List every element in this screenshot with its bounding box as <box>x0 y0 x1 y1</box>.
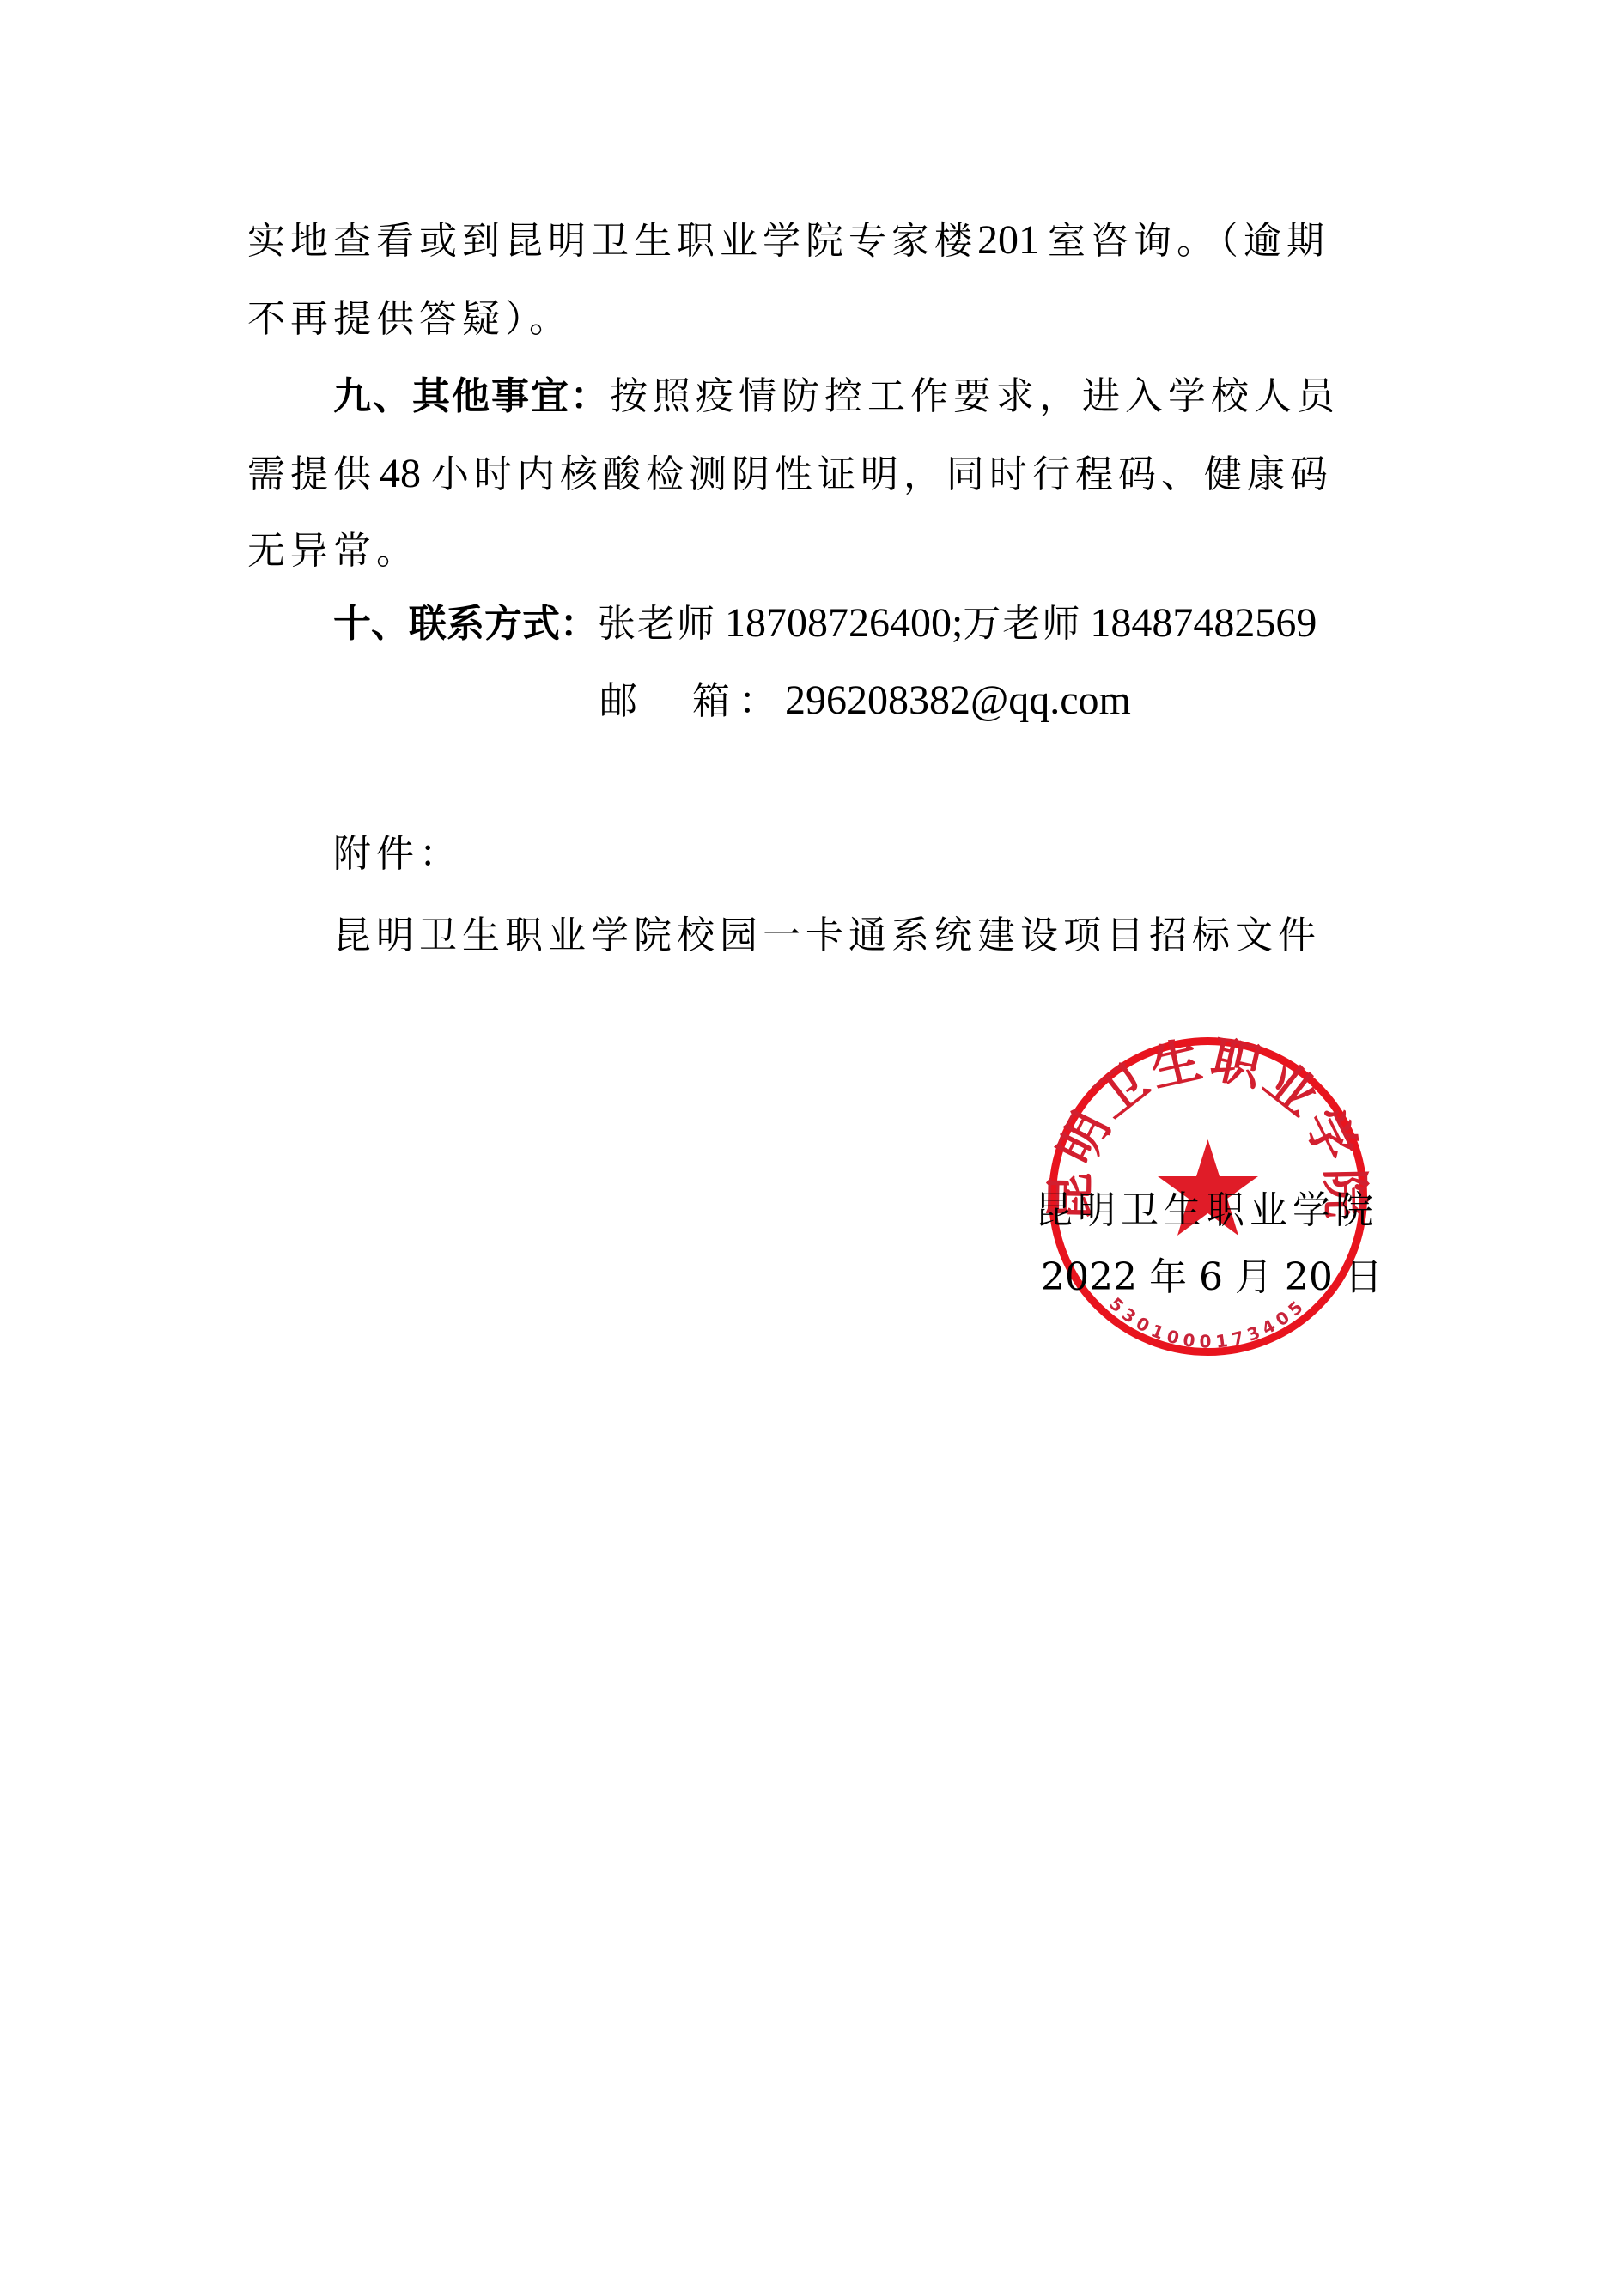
paragraph-line-1: 实地查看或到昆明卫生职业学院专家楼201室咨询。（逾期 <box>247 215 1329 267</box>
section-9-line-2: 需提供48小时内核酸检测阴性证明，同时行程码、健康码 <box>247 448 1333 501</box>
hours-number: 48 <box>380 451 421 496</box>
email-label: 邮 箱： <box>599 679 785 723</box>
contact-1-phone: 18708726400 <box>725 600 952 646</box>
signature-date: 2022 年 6 月 20 日 <box>1041 1252 1383 1303</box>
email-address[interactable]: 296208382@qq.com <box>785 677 1131 723</box>
signature-organization: 昆明卫生职业学院 <box>1035 1185 1378 1236</box>
contact-2-phone: 18487482569 <box>1090 600 1317 646</box>
paragraph-text: 不再提供答疑）。 <box>247 297 572 341</box>
paragraph-text: 实地查看或到昆明卫生职业学院专家楼 <box>247 219 977 263</box>
section-9-text: 需提供 <box>247 453 376 496</box>
contact-1-name: 张老师 <box>598 602 716 646</box>
section-9-text: 小时内核酸检测阴性证明，同时行程码、健康码 <box>431 453 1333 496</box>
paragraph-text-tail: 室咨询。（逾期 <box>1048 219 1329 263</box>
section-9-line-3: 无异常。 <box>247 525 419 577</box>
room-number: 201 <box>977 217 1039 263</box>
attachment-label-line: 附件： <box>333 829 462 880</box>
paragraph-line-2: 不再提供答疑）。 <box>247 294 572 345</box>
contact-2-name: 万老师 <box>963 602 1081 646</box>
section-10-heading: 十、联系方式： <box>333 602 598 646</box>
attachment-label: 附件： <box>333 832 462 876</box>
section-9-text: 按照疫情防控工作要求，进入学校人员 <box>610 374 1340 418</box>
attachment-title-line: 昆明卫生职业学院校园一卡通系统建设项目招标文件 <box>333 910 1321 962</box>
section-9-line-1: 九、其他事宜：按照疫情防控工作要求，进入学校人员 <box>333 371 1340 422</box>
document-page: 实地查看或到昆明卫生职业学院专家楼201室咨询。（逾期 不再提供答疑）。 九、其… <box>0 0 1624 2296</box>
section-9-text: 无异常。 <box>247 529 419 573</box>
section-10-line-2: 邮 箱：296208382@qq.com <box>599 675 1131 727</box>
section-9-heading: 九、其他事宜： <box>333 374 610 418</box>
signature-date-text: 2022 年 6 月 20 日 <box>1041 1255 1383 1299</box>
separator: ; <box>952 600 963 646</box>
section-10-line-1: 十、联系方式：张老师18708726400;万老师18487482569 <box>333 598 1317 650</box>
attachment-title[interactable]: 昆明卫生职业学院校园一卡通系统建设项目招标文件 <box>333 914 1321 957</box>
